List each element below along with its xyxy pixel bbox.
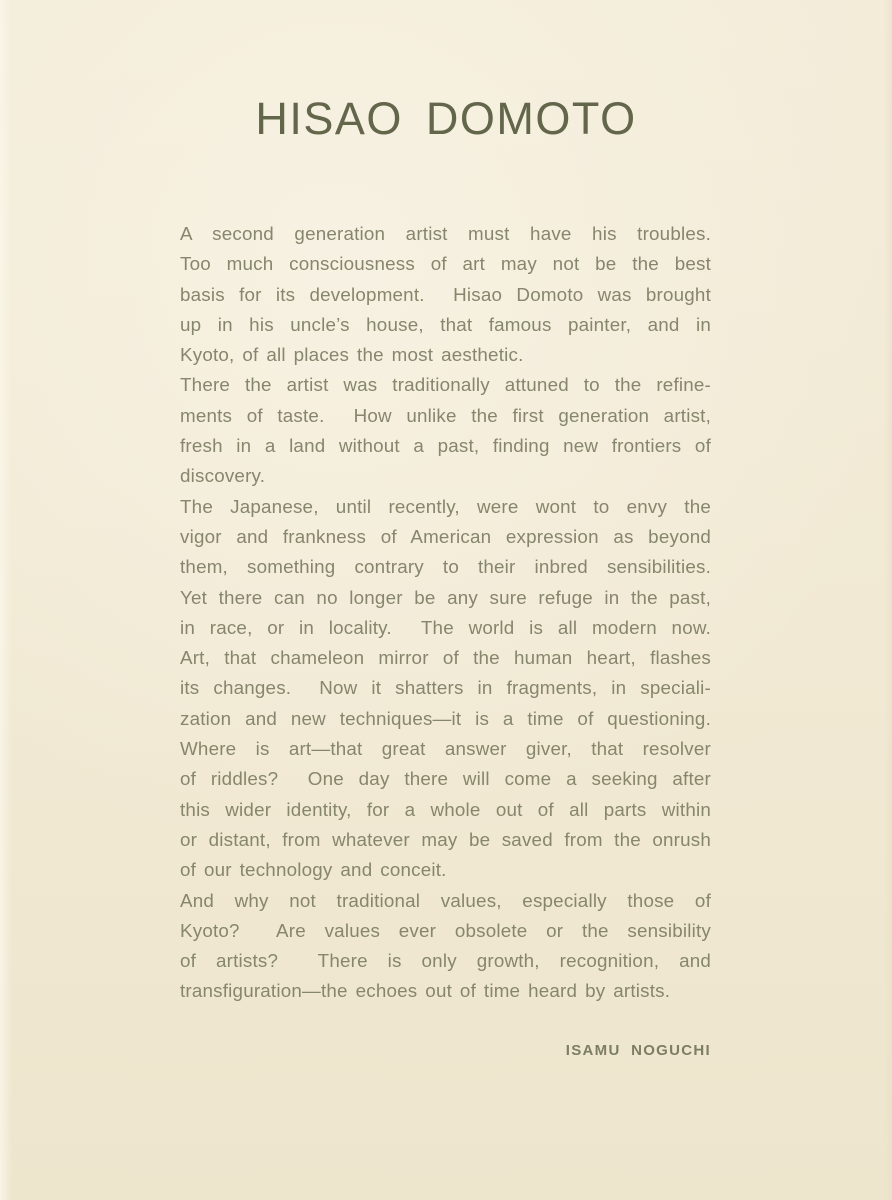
paragraph: And why not traditional values, especial…: [180, 886, 711, 1007]
text-line: them, something contrary to their inbred…: [180, 552, 711, 582]
text-line: in race, or in locality. The world is al…: [180, 613, 711, 643]
text-line: basis for its development. Hisao Domoto …: [180, 280, 711, 310]
text-line: Kyoto? Are values ever obsolete or the s…: [180, 916, 711, 946]
paragraph: A second generation artist must have his…: [180, 219, 711, 370]
text-line: Yet there can no longer be any sure refu…: [180, 583, 711, 613]
paragraph: The Japanese, until recently, were wont …: [180, 492, 711, 886]
text-line: zation and new techniques—it is a time o…: [180, 704, 711, 734]
text-line: of riddles? One day there will come a se…: [180, 764, 711, 794]
text-line: discovery.: [180, 461, 711, 491]
text-line: up in his uncle’s house, that famous pai…: [180, 310, 711, 340]
text-line: transfiguration—the echoes out of time h…: [180, 976, 711, 1006]
text-line: ments of taste. How unlike the first gen…: [180, 401, 711, 431]
text-line: this wider identity, for a whole out of …: [180, 795, 711, 825]
text-line: Art, that chameleon mirror of the human …: [180, 643, 711, 673]
text-line: or distant, from whatever may be saved f…: [180, 825, 711, 855]
text-line: Where is art—that great answer giver, th…: [180, 734, 711, 764]
signature-author: ISAMU NOGUCHI: [180, 1042, 711, 1059]
paragraph: There the artist was traditionally attun…: [180, 370, 711, 491]
text-line: The Japanese, until recently, were wont …: [180, 492, 711, 522]
text-line: of our technology and conceit.: [180, 855, 711, 885]
text-line: of artists? There is only growth, recogn…: [180, 946, 711, 976]
page-title: HISAO DOMOTO: [0, 92, 892, 146]
text-line: Too much consciousness of art may not be…: [180, 249, 711, 279]
essay-text: A second generation artist must have his…: [180, 219, 711, 1007]
text-line: fresh in a land without a past, finding …: [180, 431, 711, 461]
text-line: its changes. Now it shatters in fragment…: [180, 673, 711, 703]
text-line: Kyoto, of all places the most aesthetic.: [180, 340, 711, 370]
text-line: A second generation artist must have his…: [180, 219, 711, 249]
text-line: And why not traditional values, especial…: [180, 886, 711, 916]
text-line: There the artist was traditionally attun…: [180, 370, 711, 400]
catalog-page: HISAO DOMOTO A second generation artist …: [0, 0, 892, 1200]
text-line: vigor and frankness of American expressi…: [180, 522, 711, 552]
